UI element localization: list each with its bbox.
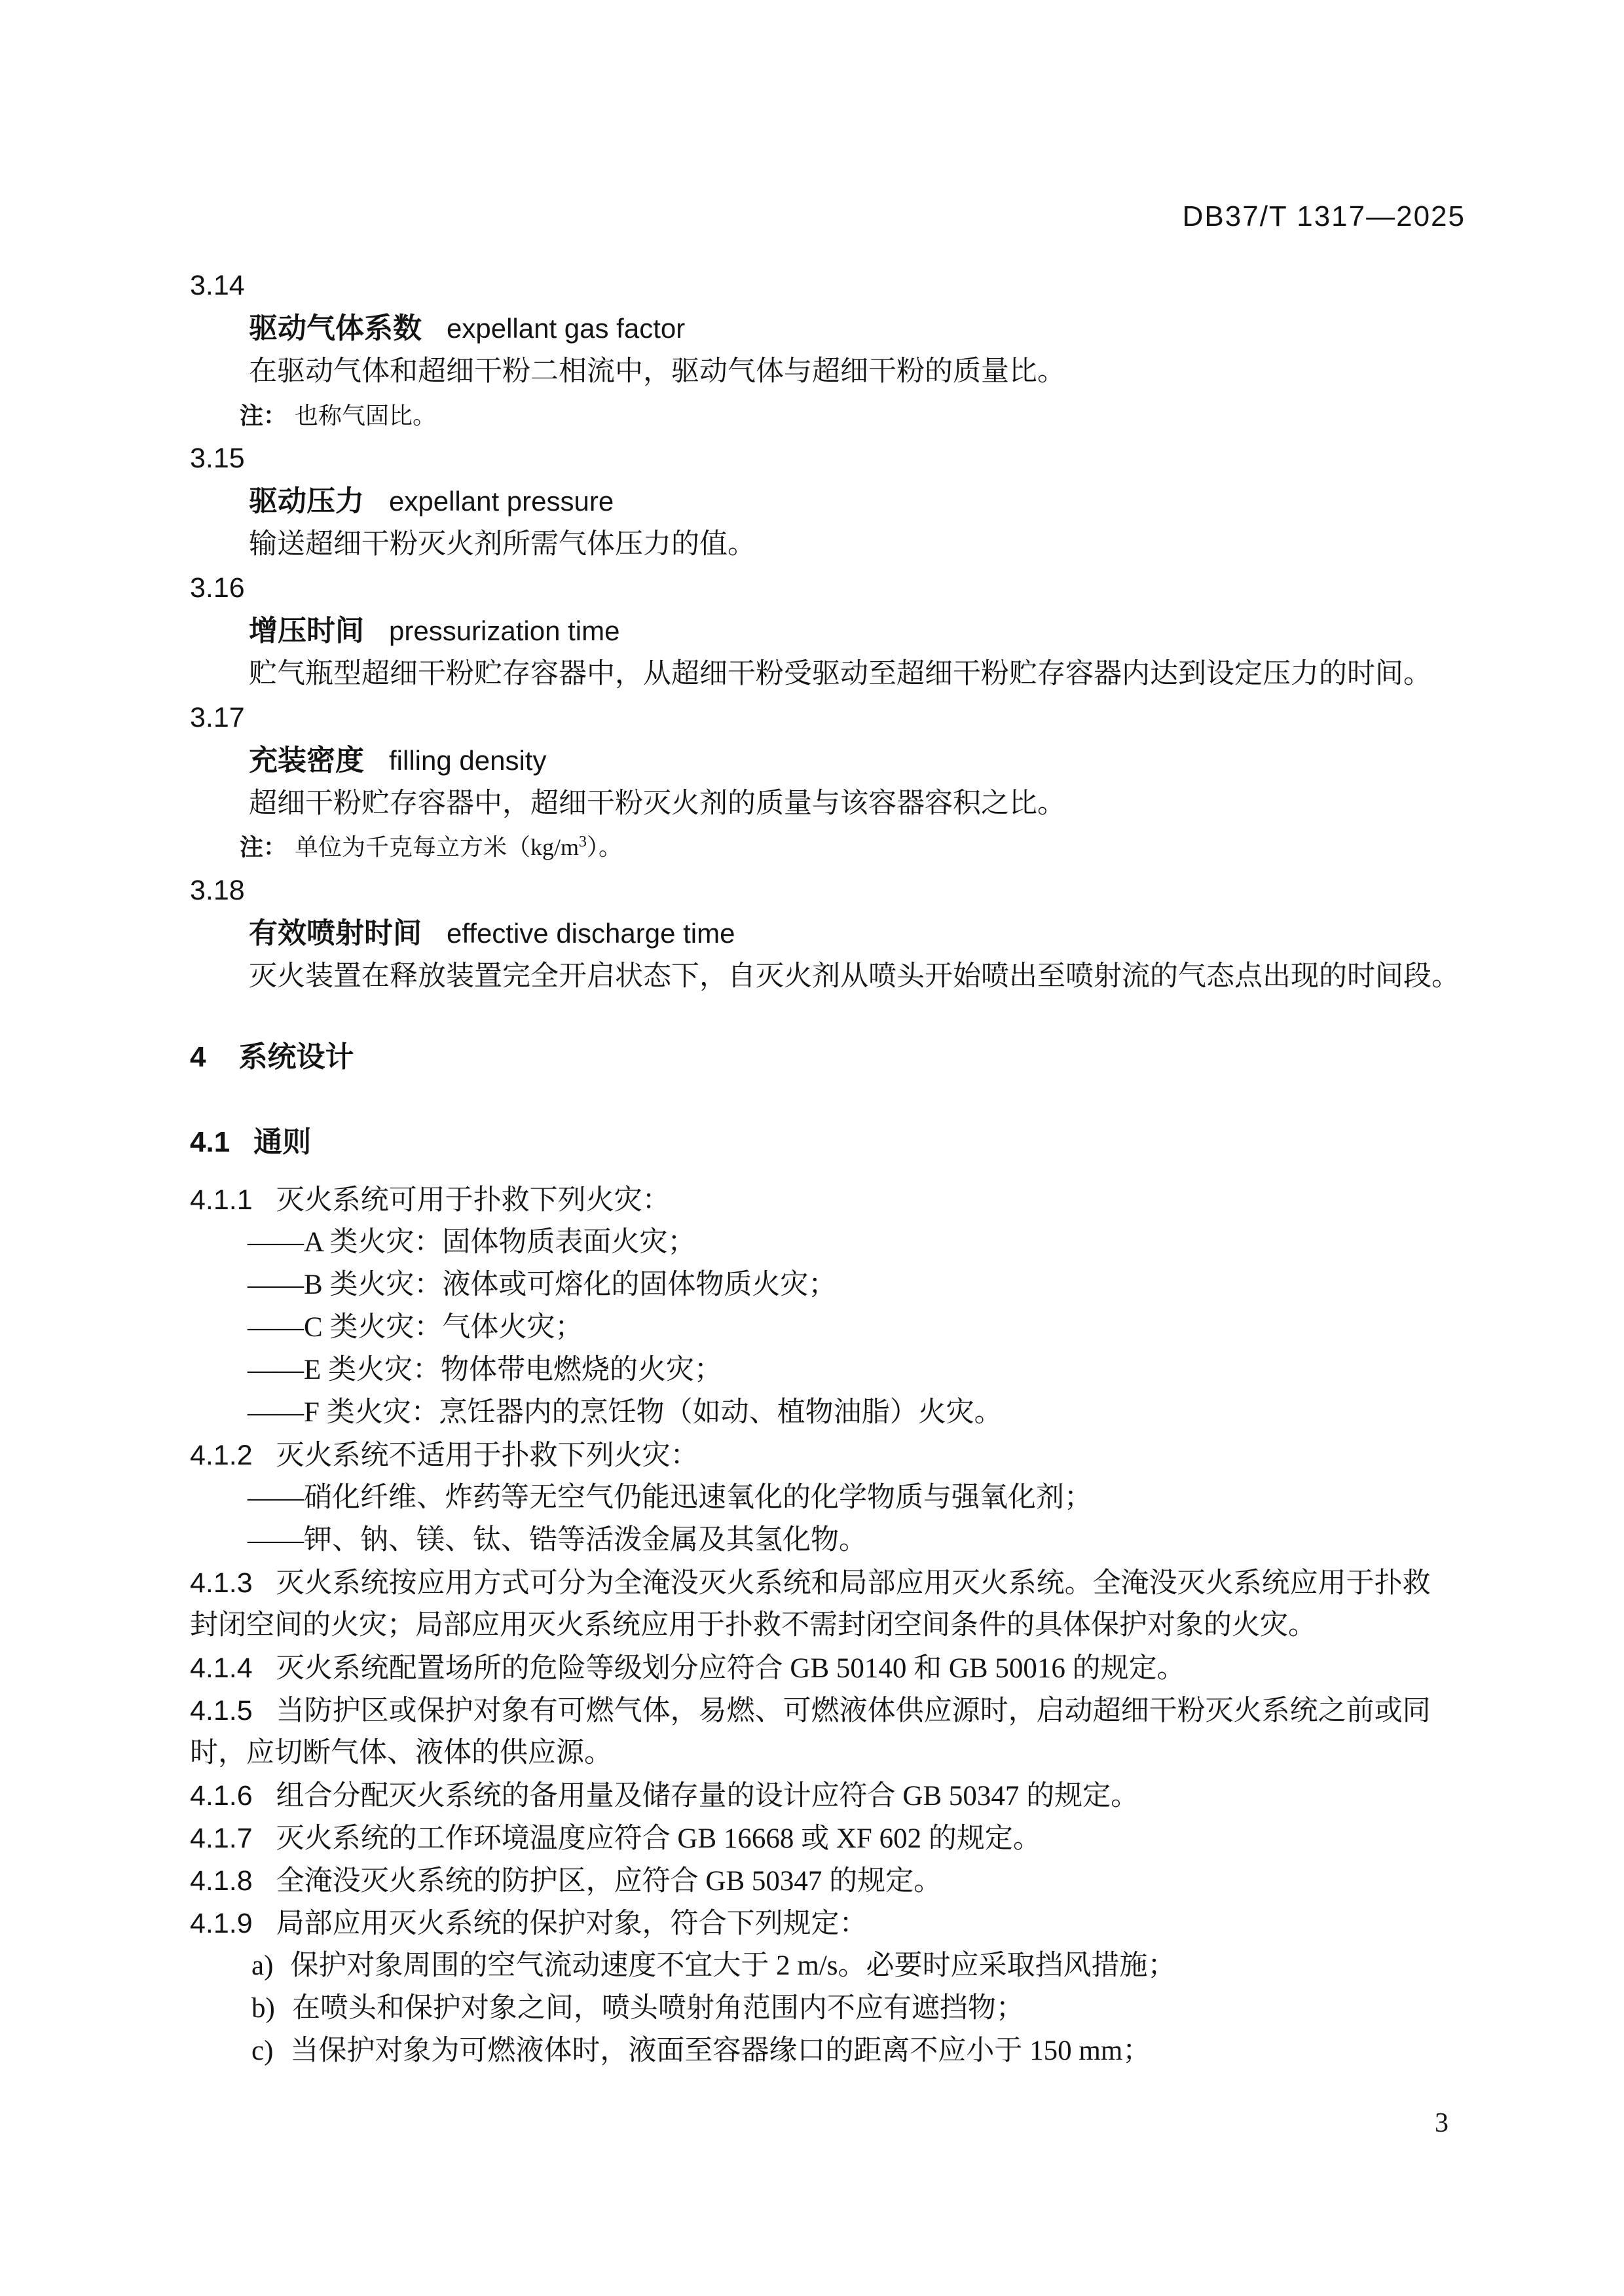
- clause-number: 4.1.1: [190, 1184, 253, 1216]
- item-text: 保护对象周围的空气流动速度不宜大于 2 m/s。必要时应采取挡风措施；: [290, 1950, 1175, 1981]
- clause-4-1-3-line2: 封闭空间的火灾；局部应用灭火系统应用于扑救不需封闭空间条件的具体保护对象的火灾。: [190, 1604, 1316, 1647]
- term-3-16-heading: 增压时间pressurization time: [249, 610, 619, 653]
- clause-4-1-8: 4.1.8全淹没灭火系统的防护区，应符合 GB 50347 的规定。: [190, 1859, 942, 1903]
- section-4-number: 4: [190, 1041, 206, 1073]
- clause-text: 灭火系统可用于扑救下列火灾：: [276, 1185, 671, 1216]
- item-label: b): [251, 1993, 275, 2024]
- fire-class-item-b: ——B 类火灾：液体或可熔化的固体物质火灾；: [248, 1264, 836, 1307]
- clause-text: 灭火系统的工作环境温度应符合 GB 16668 或 XF 602 的规定。: [276, 1823, 1041, 1854]
- term-3-14-cn: 驱动气体系数: [249, 312, 422, 344]
- section-4-heading: 4系统设计: [190, 1036, 354, 1079]
- clause-text: 全淹没灭火系统的防护区，应符合 GB 50347 的规定。: [276, 1866, 942, 1897]
- term-3-15-definition: 输送超细干粉灭火剂所需气体压力的值。: [249, 523, 756, 566]
- term-3-17-cn: 充装密度: [249, 744, 364, 776]
- fire-class-item-c: ——C 类火灾：气体火灾；: [248, 1306, 583, 1349]
- section-4-1-heading: 4.1通则: [190, 1121, 311, 1164]
- term-3-18-clause: 3.18: [190, 869, 245, 912]
- fire-class-item-f: ——F 类火灾：烹饪器内的烹饪物（如动、植物油脂）火灾。: [248, 1391, 1003, 1434]
- clause-number: 4.1.7: [190, 1823, 253, 1854]
- clause-4-1-9: 4.1.9局部应用灭火系统的保护对象，符合下列规定：: [190, 1902, 868, 1946]
- term-3-14-definition: 在驱动气体和超细干粉二相流中，驱动气体与超细干粉的质量比。: [249, 350, 1065, 393]
- clause-4-1-2: 4.1.2灭火系统不适用于扑救下列火灾：: [190, 1434, 699, 1478]
- term-3-18-cn: 有效喷射时间: [249, 917, 422, 949]
- clause-text: 灭火系统配置场所的危险等级划分应符合 GB 50140 和 GB 50016 的…: [276, 1653, 1185, 1684]
- term-3-17-en: filling density: [389, 745, 546, 776]
- clause-4-1-3-line1: 4.1.3灭火系统按应用方式可分为全淹没灭火系统和局部应用灭火系统。全淹没灭火系…: [190, 1561, 1431, 1605]
- section-4-title: 系统设计: [238, 1041, 354, 1073]
- clause-number: 4.1.2: [190, 1440, 253, 1471]
- note-text: 也称气固比。: [295, 403, 436, 429]
- clause-4-1-6: 4.1.6组合分配灭火系统的备用量及储存量的设计应符合 GB 50347 的规定…: [190, 1774, 1139, 1818]
- note-text-prefix: 单位为千克每立方米（kg/m: [295, 834, 579, 860]
- section-4-1-title: 通则: [253, 1126, 311, 1158]
- page-number: 3: [1435, 2102, 1449, 2145]
- fire-class-item-e: ——E 类火灾：物体带电燃烧的火灾；: [248, 1349, 722, 1392]
- term-3-15-heading: 驱动压力expellant pressure: [249, 480, 614, 524]
- term-3-16-en: pressurization time: [389, 615, 619, 646]
- term-3-18-heading: 有效喷射时间effective discharge time: [249, 912, 735, 956]
- clause-text: 灭火系统按应用方式可分为全淹没灭火系统和局部应用灭火系统。全淹没灭火系统应用于扑…: [276, 1568, 1431, 1599]
- list-item-b: b)在喷头和保护对象之间，喷头喷射角范围内不应有遮挡物；: [251, 1987, 1024, 2030]
- term-3-18-en: effective discharge time: [447, 918, 735, 949]
- term-3-16-clause: 3.16: [190, 566, 245, 610]
- clause-text: 组合分配灭火系统的备用量及储存量的设计应符合 GB 50347 的规定。: [276, 1781, 1139, 1812]
- term-3-14-clause: 3.14: [190, 264, 245, 307]
- fire-class-item-a: ——A 类火灾：固体物质表面火灾；: [248, 1221, 695, 1264]
- item-text: 当保护对象为可燃液体时，液面至容器缘口的距离不应小于 150 mm；: [290, 2035, 1151, 2066]
- item-text: 在喷头和保护对象之间，喷头喷射角范围内不应有遮挡物；: [292, 1993, 1024, 2024]
- note-superscript: 3: [579, 833, 587, 850]
- term-3-16-cn: 增压时间: [249, 615, 364, 647]
- term-3-17-note: 注：单位为千克每立方米（kg/m3）。: [240, 826, 622, 869]
- clause-text: 当防护区或保护对象有可燃气体，易燃、可燃液体供应源时，启动超细干粉灭火系统之前或…: [276, 1696, 1431, 1726]
- excluded-item-2: ——钾、钠、镁、钛、锆等活泼金属及其氢化物。: [248, 1519, 867, 1562]
- excluded-item-1: ——硝化纤维、炸药等无空气仍能迅速氧化的化学物质与强氧化剂；: [248, 1476, 1092, 1520]
- clause-number: 4.1.4: [190, 1652, 253, 1684]
- clause-4-1-4: 4.1.4灭火系统配置场所的危险等级划分应符合 GB 50140 和 GB 50…: [190, 1647, 1185, 1690]
- term-3-16-definition: 贮气瓶型超细干粉贮存容器中，从超细干粉受驱动至超细干粉贮存容器内达到设定压力的时…: [249, 653, 1431, 696]
- document-page: DB37/T 1317—2025 3.14 驱动气体系数expellant ga…: [0, 0, 1624, 2296]
- term-3-14-en: expellant gas factor: [447, 313, 685, 344]
- list-item-a: a)保护对象周围的空气流动速度不宜大于 2 m/s。必要时应采取挡风措施；: [251, 1944, 1176, 1988]
- term-3-17-clause: 3.17: [190, 696, 245, 739]
- list-item-c: c)当保护对象为可燃液体时，液面至容器缘口的距离不应小于 150 mm；: [251, 2030, 1151, 2073]
- term-3-15-clause: 3.15: [190, 437, 245, 480]
- clause-number: 4.1.3: [190, 1567, 253, 1599]
- clause-4-1-5-line2: 时，应切断气体、液体的供应源。: [190, 1732, 612, 1775]
- clause-4-1-1: 4.1.1灭火系统可用于扑救下列火灾：: [190, 1178, 671, 1222]
- clause-number: 4.1.5: [190, 1695, 253, 1726]
- term-3-18-definition: 灭火装置在释放装置完全开启状态下，自灭火剂从喷头开始喷出至喷射流的气态点出现的时…: [249, 955, 1460, 998]
- section-4-1-number: 4.1: [190, 1126, 230, 1158]
- clause-4-1-5-line1: 4.1.5当防护区或保护对象有可燃气体，易燃、可燃液体供应源时，启动超细干粉灭火…: [190, 1689, 1431, 1733]
- note-label: 注：: [240, 833, 287, 860]
- item-label: c): [251, 2035, 273, 2066]
- clause-4-1-7: 4.1.7灭火系统的工作环境温度应符合 GB 16668 或 XF 602 的规…: [190, 1817, 1041, 1861]
- item-label: a): [251, 1950, 273, 1981]
- term-3-15-cn: 驱动压力: [249, 485, 364, 517]
- term-3-17-definition: 超细干粉贮存容器中，超细干粉灭火剂的质量与该容器容积之比。: [249, 782, 1065, 826]
- clause-text: 灭火系统不适用于扑救下列火灾：: [276, 1440, 699, 1471]
- clause-number: 4.1.6: [190, 1780, 253, 1812]
- note-text-suffix: ）。: [587, 834, 622, 860]
- term-3-17-heading: 充装密度filling density: [249, 739, 546, 783]
- term-3-15-en: expellant pressure: [389, 486, 614, 517]
- term-3-14-heading: 驱动气体系数expellant gas factor: [249, 307, 685, 351]
- term-3-14-note: 注：也称气固比。: [240, 394, 436, 437]
- clause-text: 局部应用灭火系统的保护对象，符合下列规定：: [276, 1908, 868, 1939]
- note-label: 注：: [240, 402, 287, 429]
- doc-number: DB37/T 1317—2025: [1183, 195, 1466, 238]
- clause-number: 4.1.8: [190, 1865, 253, 1897]
- clause-number: 4.1.9: [190, 1908, 253, 1939]
